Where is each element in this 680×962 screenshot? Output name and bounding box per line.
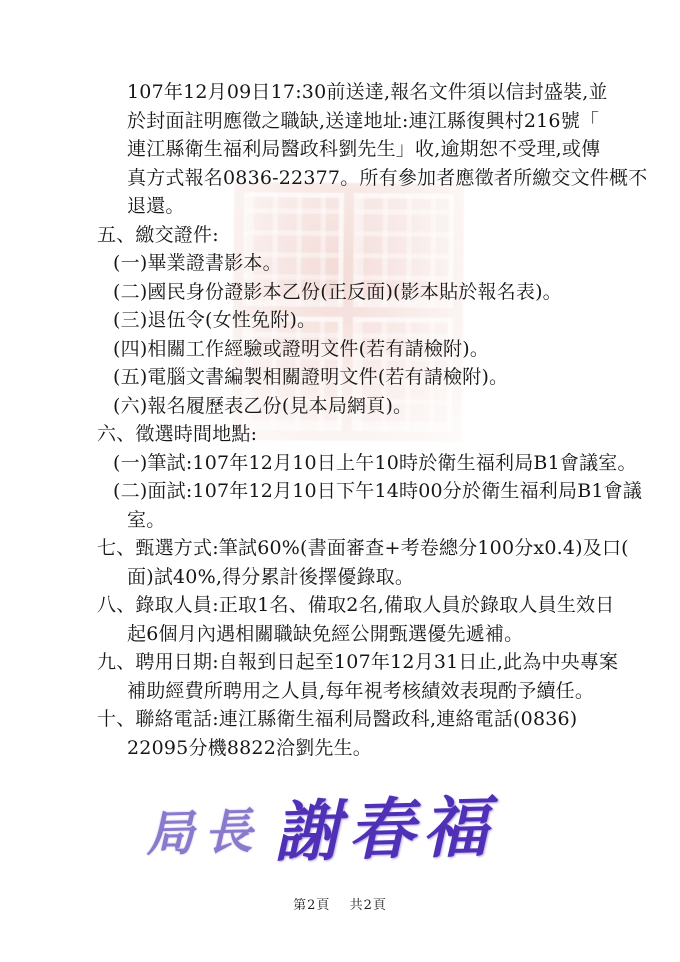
document-line: 八、錄取人員:正取1名、備取2名,備取人員於錄取人員生效日 bbox=[97, 591, 647, 620]
document-line: 室。 bbox=[97, 506, 647, 535]
page-total: 共2頁 bbox=[350, 898, 387, 913]
document-line: 連江縣衛生福利局醫政科劉先生」收,逾期恕不受理,或傳 bbox=[97, 135, 647, 164]
document-line: (三)退伍令(女性免附)。 bbox=[97, 306, 647, 335]
document-line: 起6個月內遇相關職缺免經公開甄選優先遞補。 bbox=[97, 620, 647, 649]
document-body-text: 107年12月09日17:30前送達,報名文件須以信封盛裝,並於封面註明應徵之職… bbox=[97, 78, 647, 762]
document-line: (二)國民身份證影本乙份(正反面)(影本貼於報名表)。 bbox=[97, 278, 647, 307]
document-line: 真方式報名0836-22377。所有參加者應徵者所繳交文件概不 bbox=[97, 164, 647, 193]
document-line: 十、聯絡電話:連江縣衛生福利局醫政科,連絡電話(0836) bbox=[97, 705, 647, 734]
director-signature-stamp: 局長 謝春福 bbox=[145, 773, 497, 877]
document-line: (六)報名履歷表乙份(見本局網頁)。 bbox=[97, 392, 647, 421]
page-number: 第2頁 bbox=[293, 898, 330, 913]
document-line: (四)相關工作經驗或證明文件(若有請檢附)。 bbox=[97, 335, 647, 364]
document-line: 五、繳交證件: bbox=[97, 221, 647, 250]
page-footer: 第2頁 共2頁 bbox=[0, 894, 680, 913]
document-line: (五)電腦文書編製相關證明文件(若有請檢附)。 bbox=[97, 363, 647, 392]
document-line: 於封面註明應徵之職缺,送達地址:連江縣復興村216號「 bbox=[97, 107, 647, 136]
document-line: 22095分機8822洽劉先生。 bbox=[97, 734, 647, 763]
document-line: 面)試40%,得分累計後擇優錄取。 bbox=[97, 563, 647, 592]
document-line: 六、徵選時間地點: bbox=[97, 420, 647, 449]
document-line: (二)面試:107年12月10日下午14時00分於衛生福利局B1會議 bbox=[97, 477, 647, 506]
document-line: 九、聘用日期:自報到日起至107年12月31日止,此為中央專案 bbox=[97, 648, 647, 677]
document-line: 107年12月09日17:30前送達,報名文件須以信封盛裝,並 bbox=[97, 78, 647, 107]
document-line: 退還。 bbox=[97, 192, 647, 221]
document-line: 七、甄選方式:筆試60%(書面審查+考卷總分100分x0.4)及口( bbox=[97, 534, 647, 563]
stamp-title: 局長 bbox=[145, 793, 263, 865]
document-line: (一)畢業證書影本。 bbox=[97, 249, 647, 278]
document-line: (一)筆試:107年12月10日上午10時於衛生福利局B1會議室。 bbox=[97, 449, 647, 478]
scanned-document-page: 107年12月09日17:30前送達,報名文件須以信封盛裝,並於封面註明應徵之職… bbox=[0, 0, 680, 962]
stamp-signature-name: 謝春福 bbox=[273, 773, 497, 874]
document-line: 補助經費所聘用之人員,每年視考核績效表現酌予續任。 bbox=[97, 677, 647, 706]
